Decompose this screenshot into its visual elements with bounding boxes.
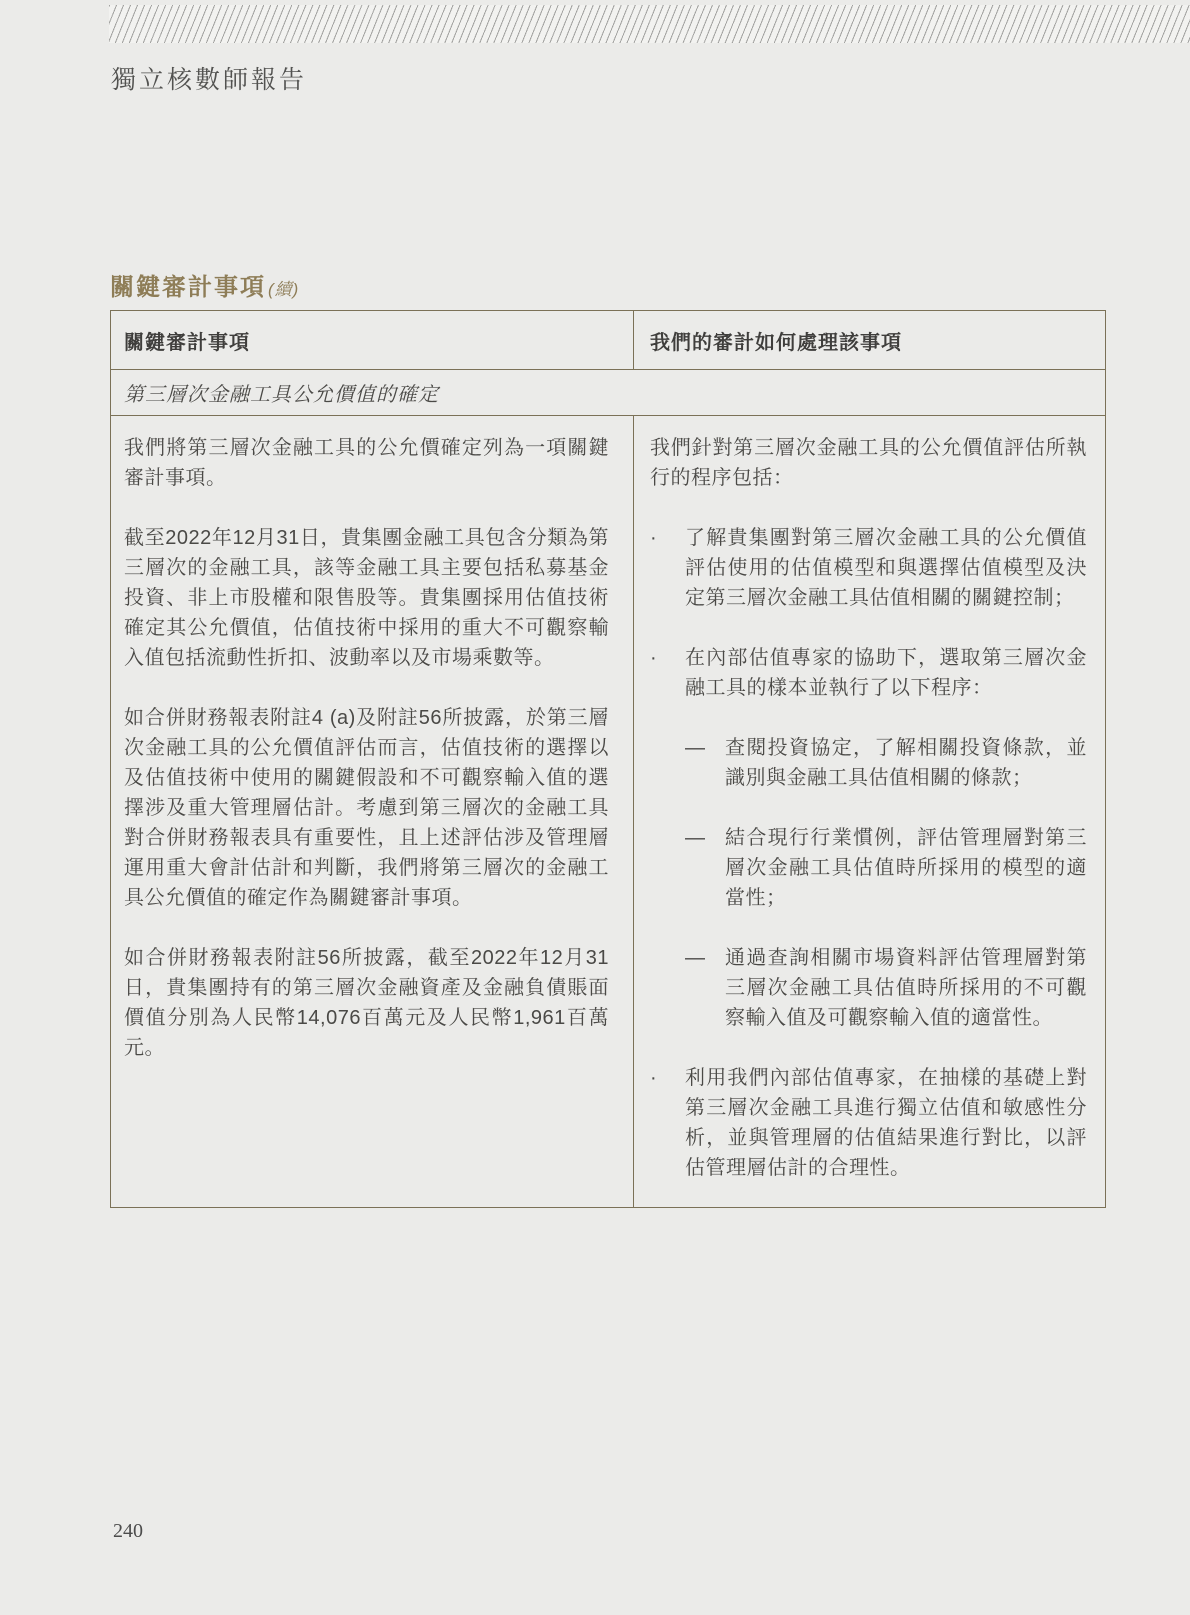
left-paragraph: 我們將第三層次金融工具的公允價確定列為一項關鍵審計事項。 xyxy=(124,433,609,493)
list-item-text: 結合現行行業慣例，評估管理層對第三層次金融工具估值時所採用的模型的適當性； xyxy=(725,823,1087,913)
table-subheader-row: 第三層次金融工具公允價值的確定 xyxy=(111,370,1105,416)
table-body-row: 我們將第三層次金融工具的公允價確定列為一項關鍵審計事項。 截至2022年12月3… xyxy=(111,416,1105,1207)
list-item: · 利用我們內部估值專家，在抽樣的基礎上對第三層次金融工具進行獨立估值和敏感性分… xyxy=(650,1063,1087,1183)
left-paragraph: 如合併財務報表附註56所披露，截至2022年12月31日，貴集團持有的第三層次金… xyxy=(124,943,609,1063)
page-number: 240 xyxy=(113,1520,143,1543)
table-header-left: 關鍵審計事項 xyxy=(111,311,634,369)
dash-icon: — xyxy=(685,733,725,793)
dash-icon: — xyxy=(685,943,725,1033)
audit-response-cell: 我們針對第三層次金融工具的公允價值評估所執行的程序包括： · 了解貴集團對第三層… xyxy=(634,416,1105,1207)
sub-list-item: — 查閱投資協定，了解相關投資條款，並識別與金融工具估值相關的條款； xyxy=(685,733,1087,793)
list-item-text: 通過查詢相關市場資料評估管理層對第三層次金融工具估值時所採用的不可觀察輸入值及可… xyxy=(725,943,1087,1033)
list-item-text: 利用我們內部估值專家，在抽樣的基礎上對第三層次金融工具進行獨立估值和敏感性分析，… xyxy=(685,1063,1087,1183)
table-header-right: 我們的審計如何處理該事項 xyxy=(634,311,1105,369)
bullet-icon: · xyxy=(650,1063,685,1183)
list-item-text: 查閱投資協定，了解相關投資條款，並識別與金融工具估值相關的條款； xyxy=(725,733,1087,793)
bullet-icon: · xyxy=(650,643,685,703)
section-title-text: 關鍵審計事項 xyxy=(110,274,266,301)
dash-icon: — xyxy=(685,823,725,913)
section-title-continued: (續) xyxy=(268,280,299,299)
list-item-text: 在內部估值專家的協助下，選取第三層次金融工具的樣本並執行了以下程序： xyxy=(685,643,1087,703)
list-item: · 了解貴集團對第三層次金融工具的公允價值評估使用的估值模型和與選擇估值模型及決… xyxy=(650,523,1087,613)
key-audit-matters-table: 關鍵審計事項 我們的審計如何處理該事項 第三層次金融工具公允價值的確定 我們將第… xyxy=(110,310,1106,1208)
key-audit-matter-cell: 我們將第三層次金融工具的公允價確定列為一項關鍵審計事項。 截至2022年12月3… xyxy=(111,416,634,1207)
section-title: 關鍵審計事項(續) xyxy=(110,267,299,302)
table-header-row: 關鍵審計事項 我們的審計如何處理該事項 xyxy=(111,311,1105,370)
sub-list-item: — 通過查詢相關市場資料評估管理層對第三層次金融工具估值時所採用的不可觀察輸入值… xyxy=(685,943,1087,1033)
left-paragraph: 如合併財務報表附註4 (a)及附註56所披露，於第三層次金融工具的公允價值評估而… xyxy=(124,703,609,913)
bullet-icon: · xyxy=(650,523,685,613)
sub-list-item: — 結合現行行業慣例，評估管理層對第三層次金融工具估值時所採用的模型的適當性； xyxy=(685,823,1087,913)
left-paragraph: 截至2022年12月31日，貴集團金融工具包含分類為第三層次的金融工具，該等金融… xyxy=(124,523,609,673)
table-subheader-text: 第三層次金融工具公允價值的確定 xyxy=(124,378,439,407)
document-title: 獨立核數師報告 xyxy=(111,60,307,96)
list-item-text: 了解貴集團對第三層次金融工具的公允價值評估使用的估值模型和與選擇估值模型及決定第… xyxy=(685,523,1087,613)
list-item: · 在內部估值專家的協助下，選取第三層次金融工具的樣本並執行了以下程序： xyxy=(650,643,1087,703)
right-intro: 我們針對第三層次金融工具的公允價值評估所執行的程序包括： xyxy=(650,433,1087,493)
hatch-band-decoration xyxy=(109,5,1190,43)
